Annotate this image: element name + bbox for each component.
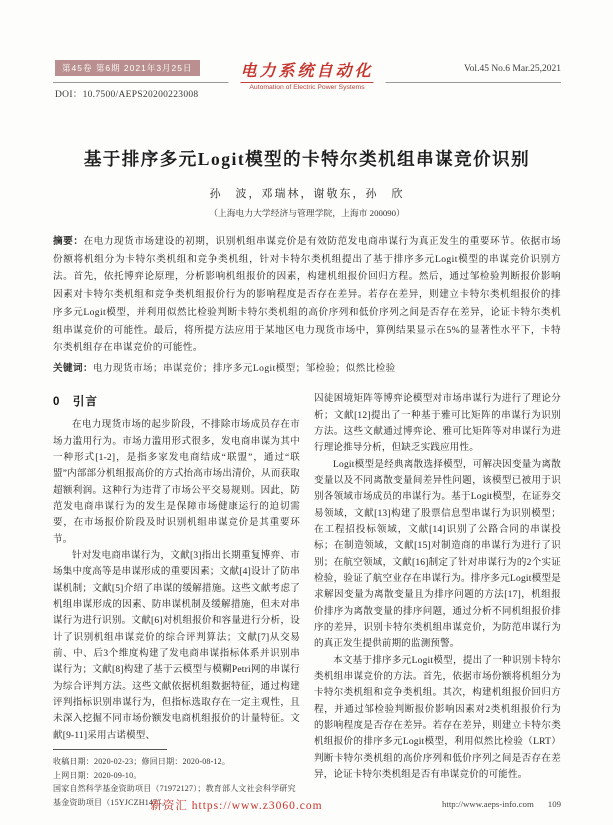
article-title: 基于排序多元Logit模型的卡特尔类机组串谋竞价识别: [53, 146, 561, 171]
section-heading: 0 引言: [53, 393, 300, 409]
left-column: 0 引言 在电力现货市场的起步阶段，不排除市场成员存在市场力滥用行为。市场力滥用…: [53, 391, 300, 809]
body-paragraph: 囚徒困境矩阵等博弈论模型对市场串谋行为进行了理论分析；文献[12]提出了一种基于…: [314, 391, 561, 456]
keywords-text: 电力现货市场；串谋竞价；排序多元Logit模型；邹检验；似然比检验: [93, 363, 396, 374]
journal-name-en: Automation of Electric Power Systems: [240, 82, 373, 91]
issue-info-badge: 第45卷 第6期 2021年3月25日: [55, 60, 200, 76]
abstract-block: 摘要：在电力现货市场建设的初期，识别机组串谋竞价是有效防范发电商串谋行为真正发生…: [53, 233, 561, 357]
journal-page: 第45卷 第6期 2021年3月25日 DOI：10.7500/AEPS2020…: [0, 0, 613, 825]
watermark-text: 新资汇 https://www.z3060.com: [0, 797, 473, 813]
keywords-label: 关键词：: [53, 363, 93, 374]
body-columns: 0 引言 在电力现货市场的起步阶段，不排除市场成员存在市场力滥用行为。市场力滥用…: [53, 391, 561, 809]
journal-header: 第45卷 第6期 2021年3月25日 DOI：10.7500/AEPS2020…: [53, 58, 561, 106]
body-paragraph: 针对发电商串谋行为，文献[3]指出长期重复博弈、市场集中度高等是串谋形成的重要因…: [53, 548, 300, 744]
page-number: 109: [548, 799, 561, 809]
journal-name-cn: 电力系统自动化: [240, 58, 373, 81]
volume-info: Vol.45 No.6 Mar.25,2021: [464, 64, 561, 74]
footnote-divider: [53, 749, 167, 750]
body-paragraph: 本文基于排序多元Logit模型，提出了一种识别卡特尔类机组串谋竞价的方法。首先，…: [314, 653, 561, 784]
right-column: 囚徒困境矩阵等博弈论模型对市场串谋行为进行了理论分析；文献[12]提出了一种基于…: [314, 391, 561, 809]
body-paragraph: Logit模型是经典离散选择模型，可解决因变量为离散变量以及不同离散变量间差异性…: [314, 457, 561, 653]
footnote-online-date: 上网日期：2020-09-10。: [53, 769, 300, 783]
abstract-text: 在电力现货市场建设的初期，识别机组串谋竞价是有效防范发电商串谋行为真正发生的重要…: [53, 236, 561, 353]
affiliation-line: （上海电力大学经济与管理学院，上海市 200090）: [53, 206, 561, 219]
journal-logo: 电力系统自动化 Automation of Electric Power Sys…: [228, 58, 385, 91]
abstract-label: 摘要：: [53, 236, 84, 247]
doi-text: DOI：10.7500/AEPS20200223008: [55, 86, 198, 100]
body-paragraph: 在电力现货市场的起步阶段，不排除市场成员存在市场力滥用行为。市场力滥用形式很多，…: [53, 417, 300, 548]
authors-line: 孙 波，邓瑞林，谢敬东，孙 欣: [53, 185, 561, 201]
page-content: 第45卷 第6期 2021年3月25日 DOI：10.7500/AEPS2020…: [53, 58, 561, 809]
footnote-received-date: 收稿日期：2020-02-23；修回日期：2020-08-12。: [53, 755, 300, 769]
keywords-block: 关键词：电力现货市场；串谋竞价；排序多元Logit模型；邹检验；似然比检验: [53, 360, 561, 377]
